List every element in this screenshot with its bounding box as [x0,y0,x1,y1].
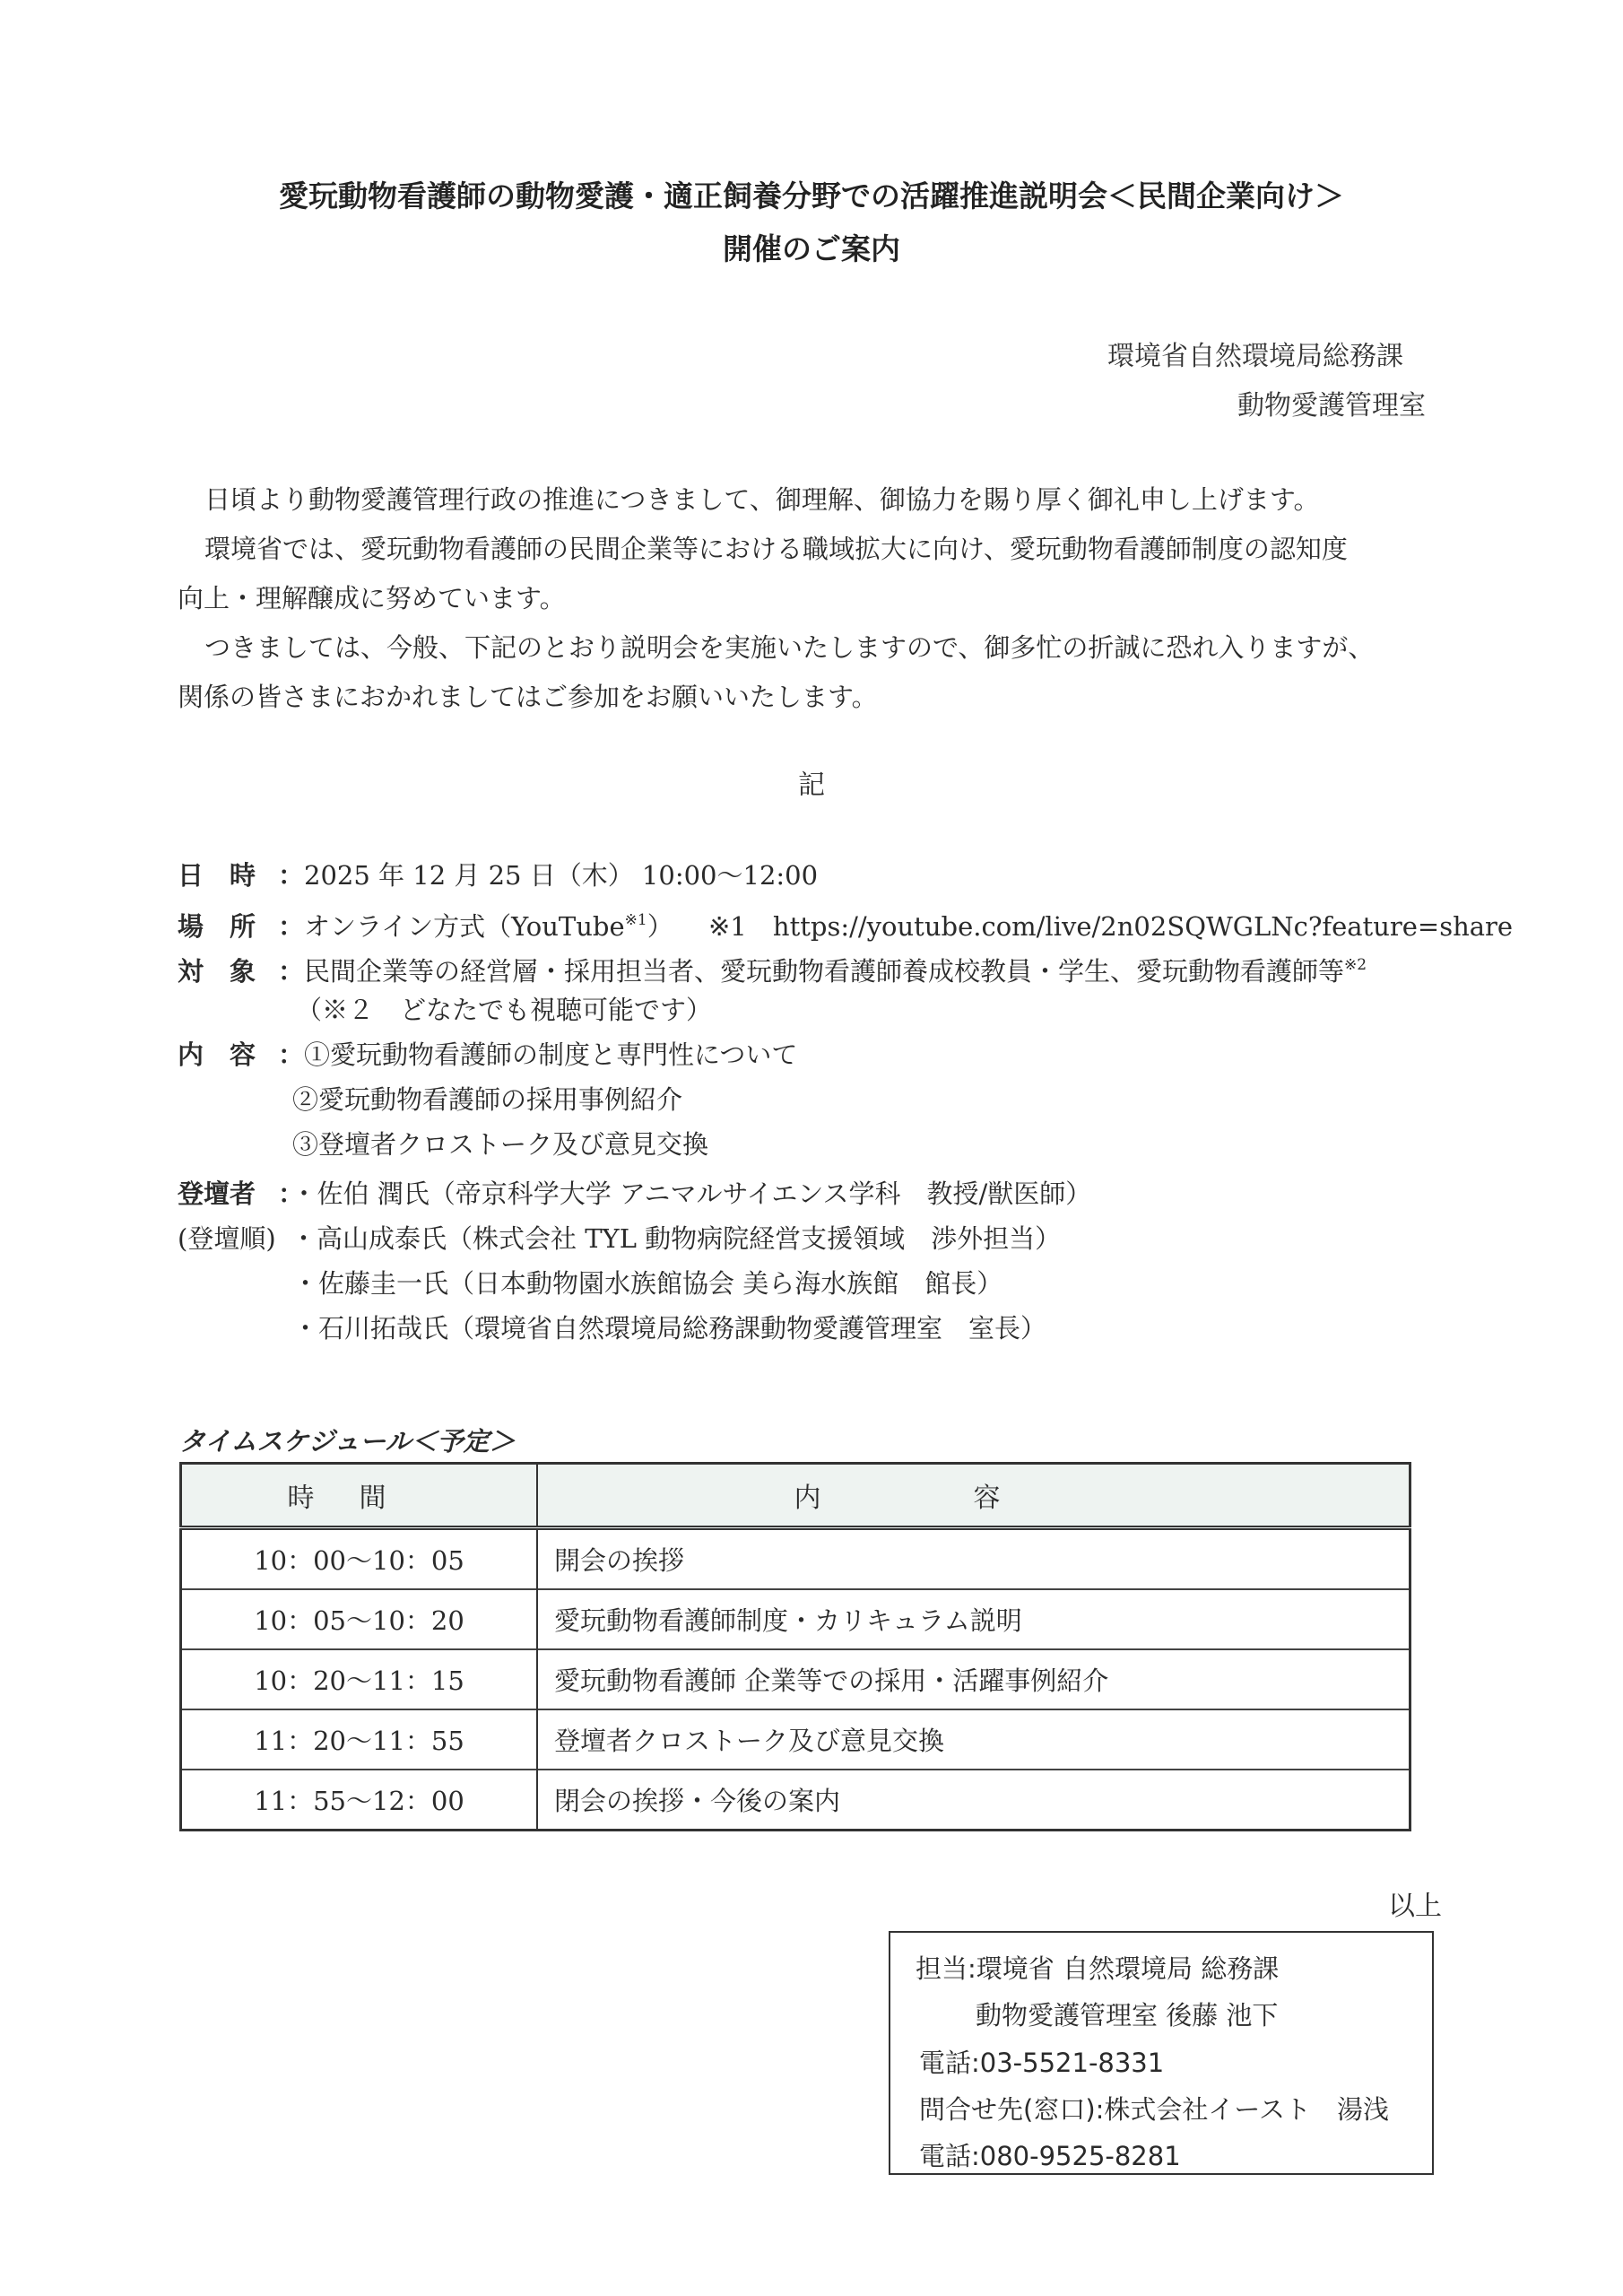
speaker-item: ・石川拓哉氏（環境省自然環境局総務課動物愛護管理室 室長） [292,1312,1046,1344]
table-row: 10：00〜10：05開会の挨拶 [181,1528,1410,1590]
issuer-bureau: 環境省自然環境局総務課 [1107,334,1403,373]
body-paragraph-1: 日頃より動物愛護管理行政の推進につきまして、御理解、御協力を賜り厚く御礼申し上げ… [178,475,1460,722]
ki-heading: 記 [0,762,1623,802]
schedule-title: タイムスケジュール＜予定＞ [179,1422,516,1458]
detail-venue: 場 所：オンライン方式（YouTube※1） ※1 https://youtub… [178,904,1513,943]
detail-label: 場 所 [178,910,278,943]
detail-label: 対 象 [178,955,278,987]
detail-speakers: 登壇者：・佐伯 潤氏（帝京科学大学 アニマルサイエンス学科 教授/獣医師） [178,1178,1091,1210]
content-item: ②愛玩動物看護師の採用事例紹介 [292,1083,682,1116]
document-title: 愛玩動物看護師の動物愛護・適正飼養分野での活躍推進説明会＜民間企業向け＞ [0,173,1623,215]
table-row: 10：20〜11：15愛玩動物看護師 企業等での採用・活躍事例紹介 [181,1649,1410,1709]
table-row: 11：20〜11：55登壇者クロストーク及び意見交換 [181,1709,1410,1770]
speaker-order-label: (登壇順) [178,1222,291,1255]
closing-mark: 以上 [1388,1883,1442,1923]
detail-label: 内 容 [178,1039,278,1071]
body-line: つきましては、今般、下記のとおり説明会を実施いたしますので、御多忙の折誠に恐れ入… [178,623,1460,673]
speaker-row: (登壇順)・高山成泰氏（株式会社 TYL 動物病院経営支援領域 渉外担当） [178,1222,1061,1255]
contact-line: 問合せ先(窓口):株式会社イースト 湯浅 [919,2090,1389,2126]
schedule-table: 時間 内容 10：00〜10：05開会の挨拶 10：05〜10：20愛玩動物看護… [179,1462,1411,1831]
detail-label: 日 時 [178,859,278,891]
contact-box: 担当:環境省 自然環境局 総務課 動物愛護管理室 後藤 池下 電話:03-552… [889,1931,1434,2175]
contact-phone: 電話:080-9525-8281 [919,2136,1181,2173]
speaker-item: ・佐藤圭一氏（日本動物園水族館協会 美ら海水族館 館長） [292,1267,1002,1300]
table-row: 10：05〜10：20愛玩動物看護師制度・カリキュラム説明 [181,1589,1410,1649]
contact-line: 担当:環境省 自然環境局 総務課 [916,1949,1279,1986]
speaker-item: ・佐伯 潤氏（帝京科学大学 アニマルサイエンス学科 教授/獣医師） [291,1178,1092,1209]
detail-value: 2025 年 12 月 25 日（木） 10:00〜12:00 [304,860,818,891]
content-cell: 愛玩動物看護師 企業等での採用・活躍事例紹介 [537,1649,1410,1709]
table-header-row: 時間 内容 [181,1464,1410,1528]
youtube-url-link[interactable]: https://youtube.com/live/2n02SQWGLNc?fea… [773,911,1513,942]
detail-label: 登壇者 [178,1178,278,1210]
detail-audience: 対 象：民間企業等の経営層・採用担当者、愛玩動物看護師養成校教員・学生、愛玩動物… [178,949,1367,987]
detail-datetime: 日 時：2025 年 12 月 25 日（木） 10:00〜12:00 [178,859,818,891]
speaker-item: ・高山成泰氏（株式会社 TYL 動物病院経営支援領域 渉外担当） [291,1223,1061,1254]
header-time: 時間 [181,1464,538,1528]
document-subtitle: 開催のご案内 [0,226,1623,268]
footnote-mark: ※2 [1344,956,1367,974]
footnote-mark: ※1 [708,911,747,942]
content-cell: 登壇者クロストーク及び意見交換 [537,1709,1410,1770]
contact-line: 動物愛護管理室 後藤 池下 [976,1996,1278,2032]
content-item: ③登壇者クロストーク及び意見交換 [292,1128,708,1161]
detail-content: 内 容：①愛玩動物看護師の制度と専門性について [178,1039,797,1071]
time-cell: 11：20〜11：55 [181,1709,538,1770]
content-cell: 愛玩動物看護師制度・カリキュラム説明 [537,1589,1410,1649]
detail-value: 民間企業等の経営層・採用担当者、愛玩動物看護師養成校教員・学生、愛玩動物看護師等 [304,956,1344,987]
issuer-office: 動物愛護管理室 [1237,383,1426,422]
contact-phone: 電話:03-5521-8331 [919,2043,1164,2080]
content-item: ①愛玩動物看護師の制度と専門性について [304,1039,797,1070]
time-cell: 10：20〜11：15 [181,1649,538,1709]
body-line: 環境省では、愛玩動物看護師の民間企業等における職域拡大に向け、愛玩動物看護師制度… [178,525,1460,574]
body-line: 向上・理解醸成に努めています。 [178,574,1460,623]
body-line: 日頃より動物愛護管理行政の推進につきまして、御理解、御協力を賜り厚く御礼申し上げ… [178,475,1460,525]
audience-note: （※２ どなたでも視聴可能です） [296,994,712,1026]
content-cell: 閉会の挨拶・今後の案内 [537,1770,1410,1831]
time-cell: 11：55〜12：00 [181,1770,538,1831]
table-row: 11：55〜12：00閉会の挨拶・今後の案内 [181,1770,1410,1831]
detail-value: オンライン方式（YouTube [304,911,625,942]
time-cell: 10：05〜10：20 [181,1589,538,1649]
header-content: 内容 [537,1464,1410,1528]
body-line: 関係の皆さまにおかれましてはご参加をお願いいたします。 [178,673,1460,722]
content-cell: 開会の挨拶 [537,1528,1410,1590]
time-cell: 10：00〜10：05 [181,1528,538,1590]
footnote-mark: ※1 [625,911,647,929]
